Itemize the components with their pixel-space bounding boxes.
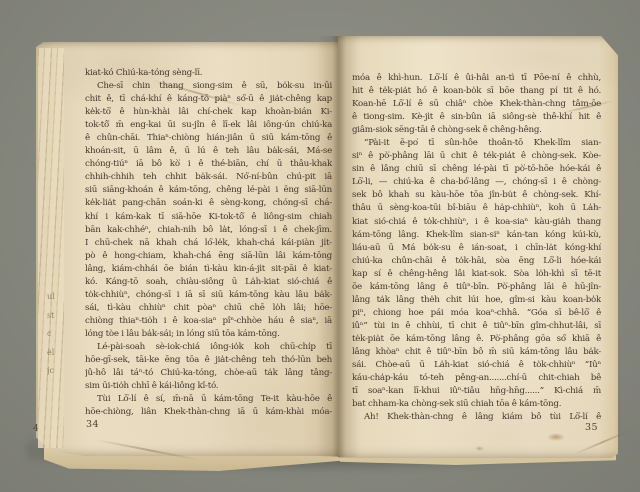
text-line: káu-cha̍p-káu tó-teh pêng-an.......chí-ū…: [352, 372, 601, 385]
text-line: ōe kám-tōng lâng ê tiûⁿ-bīn. Pò͘-phâng l…: [352, 281, 601, 294]
text-line: kám-tōng lâng. Khek-lîm sian-siⁿ kán-tan…: [352, 229, 601, 242]
text-line: “Pài-it ē-po͘ tī sûn-hôe thoân-tō Khek-l…: [352, 137, 601, 150]
text-line: kap sí ê chêng-hêng lâi kiat-sok. Sòa lo…: [352, 268, 601, 281]
text-line: hōe-chiòng, liân Khek-thàn-chng iā ū kám…: [85, 406, 332, 419]
text-line: giâm-siok sēng-tāi ê chòng-sek ê chêng-h…: [352, 124, 601, 137]
text-line: kiat-kó Chiú-ka-tóng sèng-lī.: [85, 67, 332, 80]
text-line: pò ê hong-chiam, khah-chá ēng siā-lūn lâ…: [85, 250, 332, 263]
text-line: Che-sī chin thang siong-sim ê sū, bo̍k-s…: [85, 80, 332, 93]
text-line: bat chham-ka chòng-sek siū chiah tōa ê k…: [352, 398, 601, 411]
page-stain: [547, 433, 565, 441]
text-line: bān kak-chhéⁿ, chiah-ni̍h bô la̍t, lóng-…: [85, 224, 332, 237]
text-line: Koan-hē Lō͘-lí ê sū chiâⁿ chòe Khek-thàn…: [352, 98, 601, 111]
text-line: chit ê, tī chá-khí ê káng-tō piàⁿ só͘-ū …: [85, 93, 332, 106]
text-line: jû-hô lâi táⁿ-tó Chiú-ka-tóng, chòe-aū t…: [85, 367, 332, 380]
text-line: sái, tì-kàu chhiùⁿ chit pòaⁿ chiū chē lo…: [85, 302, 332, 315]
text-line: sim ūi-tio̍h chhī ê kái-liông kî-tó.: [85, 380, 332, 393]
text-line: siū siāng-khoán ê kám-tōng, chêng lé-pài…: [85, 184, 332, 197]
text-line: ê chûn-chāi. Thiaⁿ-chiòng hián-jiân ū si…: [85, 132, 332, 145]
text-line: sái. Chòe-aū ū La̍h-kiat sió-chiá ê to̍k…: [352, 359, 601, 372]
text-line: te̍k-pia̍t ōe kám-tōng lâng ê. Pò͘-phâng…: [352, 333, 601, 346]
text-line: sek bô khah su kàu-hōe tōa jîn-bu̍t ê ch…: [352, 189, 601, 202]
text-line: liáu-aū ū Má bo̍k-su ê ián-soat, i chīn-…: [352, 242, 601, 255]
text-line: ke̍k-lia̍t pang-chān soán-ki ê sèng-kong…: [85, 197, 332, 210]
text-line: hōe-gī-sek, tāi-ke ēng tōa ê jia̍t-chêng…: [85, 354, 332, 367]
text-line: ê tiong-sim. Kè-ji̍t ê sin-bûn iā siông-…: [352, 111, 601, 124]
text-line: tok-tô͘ m̄ eng-kai ūi su-jîn ê lī-ek lâi…: [85, 119, 332, 132]
left-page-text: kiat-kó Chiú-ka-tóng sèng-lī.Che-sī chin…: [85, 67, 332, 419]
text-line: sin ê lâng chiū sī chêng lé-pài tī pò͘-t…: [352, 163, 601, 176]
text-line: I chū-chek nā khah chá ló͘-le̍k, khah-ch…: [85, 237, 332, 250]
text-line: Tùi Lō͘-lí ê sí, m̄-nā ū kám-tōng Te-it …: [85, 393, 332, 406]
text-line: tī soaⁿ-kan lī-khui iûⁿ-tiâu hn̄g-hn̄g..…: [352, 385, 601, 398]
text-line: khoán-sit, ū lâm ê, ū lú ê teh lâu ba̍k-…: [85, 145, 332, 158]
text-line: to̍k-chhiùⁿ, chóng-sī i iā sī siū kám-tō…: [85, 289, 332, 302]
text-line: chóng-tiúⁿ iā bô kò͘ i ê thé-biān, chí ū…: [85, 158, 332, 171]
underpage-page-number: 4: [33, 424, 39, 434]
text-line: lâng, kiám-chhái ōe bián tì-kàu kin-á-ji…: [85, 263, 332, 276]
text-line: Ah! Khek-thàn-chng ê lâng kiám bô tùi Lō…: [352, 411, 601, 424]
text-line: ke̍k-tō͘ ê hùn-khài lâi chí-chek kap kho…: [85, 106, 332, 119]
page-number-left: 34: [86, 419, 99, 430]
text-line: chiú-ka chûn-chāi ê to̍k-hāi, sòa ēng Lō…: [352, 255, 601, 268]
text-line: lâng ta̍k lâng the̍h chit lúi hoe, gîm-s…: [352, 294, 601, 307]
text-line: piⁿ, chiong hoe pái móa koaⁿ-chhâ. “Góa …: [352, 307, 601, 320]
text-line: chiòng thiaⁿ-tio̍h i ê koa-siaⁿ pîⁿ-chhò…: [85, 315, 332, 328]
text-line: thâu ū sèng-koa-tūi bî-biāu ê ha̍p-chhiù…: [352, 202, 601, 215]
page-stain: [475, 446, 484, 451]
text-line: iûⁿ” tùi in ê chhùi, tī chit ê tiûⁿ-bīn …: [352, 320, 601, 333]
text-line: Lō͘-li, — chiú-ka ê cha-bó͘-lâng —, chón…: [352, 176, 601, 189]
text-line: Lé-pài-soah sè-iok-chiá iông-io̍k koh ch…: [85, 341, 332, 354]
page-edge-text-fragments: ulstcèljc: [47, 288, 56, 440]
page-number-right: 35: [585, 422, 598, 433]
text-line: kó. Káng-tō soah, chiàu-siông ū La̍h-kia…: [85, 276, 332, 289]
text-line: chhih-chhih teh chhit ba̍k-sái. Nó͘-ní-b…: [85, 171, 332, 184]
text-line: lóng tòe i lâu ba̍k-sái; in lóng siū tōa…: [85, 328, 332, 341]
text-line: khí i kám-kak tī siā-hōe Ki-tok-tô͘ ê li…: [85, 211, 332, 224]
text-line: hit ê te̍k-pia̍t hó ê koan-bo̍k sī bōe t…: [352, 85, 601, 98]
text-line: móa ê khì-hun. Lō͘-lí ê ûi-hâi an-tì tī …: [352, 72, 601, 85]
text-line: siⁿ ê pò͘-phâng lāi ū chit ê te̍k-pia̍t …: [352, 150, 601, 163]
text-line: lâng khòaⁿ chit ê tiûⁿ-bīn bô m̄ siū kám…: [352, 346, 601, 359]
right-page-text: móa ê khì-hun. Lō͘-lí ê ûi-hâi an-tì tī …: [352, 72, 601, 424]
text-line: kiat sió-chiá ê to̍k-chhiùⁿ, i ê koa-sia…: [352, 216, 601, 229]
